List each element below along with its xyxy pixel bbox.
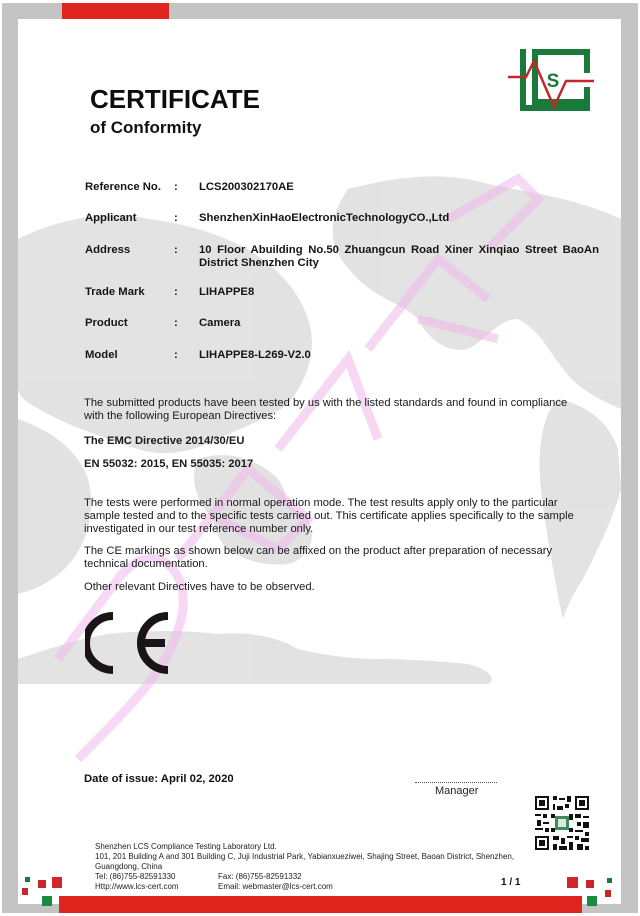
decor-square [586,880,594,888]
qr-code [533,794,591,852]
footer-address-line1: 101, 201 Building A and 301 Building C, … [95,852,514,862]
certificate-title: CERTIFICATE [90,84,260,115]
decor-square [22,888,28,895]
footer-address-line2: Guangdong, China [95,862,162,872]
ce-mark-icon [85,612,175,674]
field-label: Product [85,317,175,329]
footer-website-link[interactable]: Http://www.lcs-cert.com [95,882,179,892]
logo-letter: S [547,71,560,92]
field-label: Model [85,349,175,361]
intro-paragraph: The submitted products have been tested … [84,397,574,423]
decor-square [605,890,611,897]
field-value: LCS200302170AE [199,181,599,194]
field-value: LIHAPPE8 [199,286,599,299]
ce-paragraph: The CE markings as shown below can be af… [84,545,564,571]
field-value: Camera [199,317,599,330]
field-separator: : [174,349,178,361]
field-label: Address [85,244,175,256]
field-value: ShenzhenXinHaoElectronicTechnologyCO.,Lt… [199,212,599,225]
footer-fax: Fax: (86)755-82591332 [218,872,302,882]
decor-square [25,877,30,882]
field-label: Reference No. [85,181,175,193]
field-label: Trade Mark [85,286,175,298]
decor-square [587,896,597,906]
tests-paragraph: The tests were performed in normal opera… [84,497,576,536]
footer-email-link[interactable]: Email: webmaster@lcs-cert.com [218,882,333,892]
other-directives-paragraph: Other relevant Directives have to be obs… [84,581,584,594]
standards-text: EN 55032: 2015, EN 55035: 2017 [84,458,584,471]
lcs-logo: S [506,47,596,113]
decor-square [42,896,52,906]
field-separator: : [174,244,178,256]
field-value: 10 Floor Abuilding No.50 Zhuangcun Road … [199,244,599,270]
certificate-subtitle: of Conformity [90,118,201,138]
field-separator: : [174,212,178,224]
issue-date: Date of issue: April 02, 2020 [84,773,234,785]
footer-company: Shenzhen LCS Compliance Testing Laborato… [95,842,277,852]
decor-square [52,877,62,888]
decor-square [38,880,46,888]
field-separator: : [174,317,178,329]
field-separator: : [174,181,178,193]
signatory-title: Manager [435,785,478,797]
decor-square [567,877,578,888]
field-value: LIHAPPE8-L269-V2.0 [199,349,599,362]
footer-tel: Tel: (86)755-82591330 [95,872,176,882]
signature-line [415,775,497,783]
directive-text: The EMC Directive 2014/30/EU [84,435,584,448]
decor-square [607,878,612,883]
field-separator: : [174,286,178,298]
page-number: 1 / 1 [501,877,520,888]
field-label: Applicant [85,212,175,224]
